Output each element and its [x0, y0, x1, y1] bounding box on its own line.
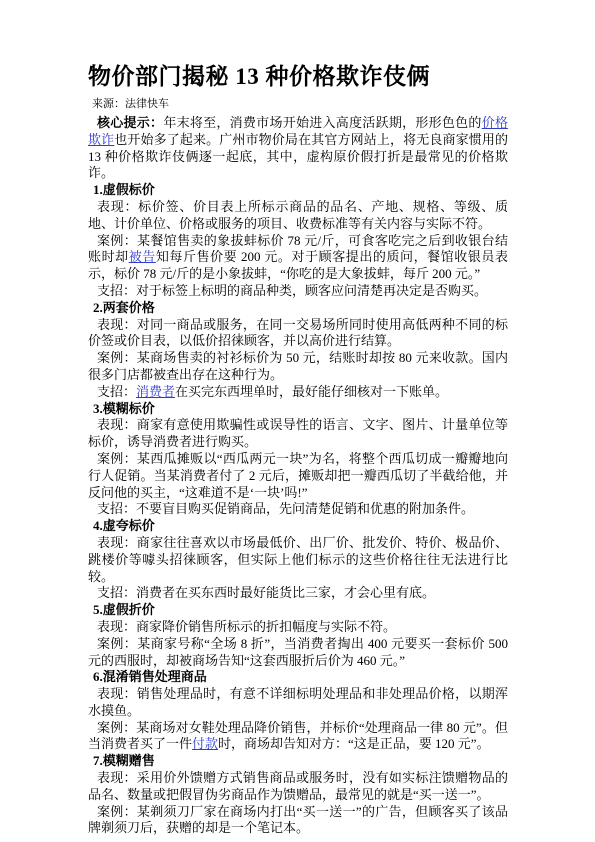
text-run: 支招：对于标签上标明的商品种类，顾客应问清楚再决定是否购买。 [97, 283, 487, 298]
section-2-paragraph: 支招：消费者在买完东西埋单时，最好能仔细核对一下账单。 [88, 384, 508, 401]
text-run: 支招：不要盲目购买促销商品，先问清楚促销和优惠的附加条件。 [97, 501, 474, 516]
section-heading-6: 6.混淆销售处理商品 [88, 669, 508, 686]
inline-link[interactable]: 被告 [129, 249, 156, 264]
section-heading-1: 1.虚假标价 [88, 182, 508, 199]
intro-paragraph: 核心提示：年末将至，消费市场开始进入高度活跃期，形形色色的价格欺诈也开始多了起来… [88, 115, 508, 182]
section-3-paragraph: 案例：某西瓜摊贩以“西瓜两元一块”为名，将整个西瓜切成一瓣瓣地向行人促销。当某消… [88, 451, 508, 501]
text-run: 表现：标价签、价目表上所标示商品的品名、产地、规格、等级、质地、计价单位、价格或… [88, 199, 508, 231]
section-heading-4: 4.虚夸标价 [88, 518, 508, 535]
text-run: 表现：商家有意使用欺骗性或误导性的语言、文字、图片、计量单位等标价，诱导消费者进… [88, 417, 508, 449]
text-run: 表现：商家降价销售所标示的折扣幅度与实际不符。 [97, 619, 396, 634]
document-page: 物价部门揭秘 13 种价格欺诈伎俩 来源：法律快车 核心提示：年末将至，消费市场… [0, 0, 595, 842]
text-run: 表现：商家往往喜欢以市场最低价、出厂价、批发价、特价、极品价、跳楼价等噱头招徕顾… [88, 535, 508, 584]
inline-link[interactable]: 消费者 [136, 384, 175, 399]
text-run: 表现：对同一商品或服务，在同一交易场所同时使用高低两种不同的标价签或价目表，以低… [88, 317, 508, 349]
section-3-paragraph: 支招：不要盲目购买促销商品，先问清楚促销和优惠的附加条件。 [88, 501, 508, 518]
text-run: 案例：某商家号称“全场 8 折”，当消费者掏出 400 元要买一套标价 500 … [88, 636, 508, 668]
text-run: 也开始多了起来。广州市物价局在其官方网站上，将无良商家惯用的 13 种价格欺诈伎… [88, 132, 508, 181]
text-run: 表现：采用价外馈赠方式销售商品或服务时，没有如实标注馈赠物品的品名、数量或把假冒… [88, 770, 508, 802]
section-5-paragraph: 表现：商家降价销售所标示的折扣幅度与实际不符。 [88, 619, 508, 636]
text-run: 案例：某西瓜摊贩以“西瓜两元一块”为名，将整个西瓜切成一瓣瓣地向行人促销。当某消… [88, 451, 508, 500]
section-5-paragraph: 案例：某商家号称“全场 8 折”，当消费者掏出 400 元要买一套标价 500 … [88, 636, 508, 670]
section-1-paragraph: 表现：标价签、价目表上所标示商品的品名、产地、规格、等级、质地、计价单位、价格或… [88, 199, 508, 233]
section-6-paragraph: 表现：销售处理品时，有意不详细标明处理品和非处理品价格，以期浑水摸鱼。 [88, 686, 508, 720]
text-run: 案例：某商场售卖的衬衫标价为 50 元，结账时却按 80 元来收款。国内很多门店… [88, 350, 508, 382]
text-run: 案例：某剃须刀厂家在商场内打出“买一送一”的广告，但顾客买了该品牌剃须刀后，获赠… [88, 804, 508, 836]
section-heading-5: 5.虚假折价 [88, 602, 508, 619]
section-heading-2: 2.两套价格 [88, 300, 508, 317]
document-title: 物价部门揭秘 13 种价格欺诈伎俩 [88, 62, 508, 92]
section-heading-7: 7.模糊赠售 [88, 753, 508, 770]
text-run: 在买完东西埋单时，最好能仔细核对一下账单。 [175, 384, 448, 399]
section-7-paragraph: 表现：采用价外馈赠方式销售商品或服务时，没有如实标注馈赠物品的品名、数量或把假冒… [88, 770, 508, 804]
text-run: 支招：消费者在买东西时最好能货比三家，才会心里有底。 [97, 585, 435, 600]
section-1-paragraph: 支招：对于标签上标明的商品种类，顾客应问清楚再决定是否购买。 [88, 283, 508, 300]
section-3-paragraph: 表现：商家有意使用欺骗性或误导性的语言、文字、图片、计量单位等标价，诱导消费者进… [88, 417, 508, 451]
section-4-paragraph: 支招：消费者在买东西时最好能货比三家，才会心里有底。 [88, 585, 508, 602]
text-run: 支招： [97, 384, 136, 399]
text-run: 年末将至，消费市场开始进入高度活跃期，形形色色的 [163, 115, 481, 130]
source-line: 来源：法律快车 [88, 97, 508, 112]
inline-link[interactable]: 付款 [192, 736, 218, 751]
section-2-paragraph: 案例：某商场售卖的衬衫标价为 50 元，结账时却按 80 元来收款。国内很多门店… [88, 350, 508, 384]
text-run: 时，商场却告知对方：“这是正品，要 120 元”。 [218, 736, 490, 751]
text-run: 表现：销售处理品时，有意不详细标明处理品和非处理品价格，以期浑水摸鱼。 [88, 686, 508, 718]
section-2-paragraph: 表现：对同一商品或服务，在同一交易场所同时使用高低两种不同的标价签或价目表，以低… [88, 317, 508, 351]
section-1-paragraph: 案例：某餐馆售卖的象拔蚌标价 78 元/斤，可食客吃完之后到收银台结账时却被告知… [88, 233, 508, 283]
section-7-paragraph: 案例：某剃须刀厂家在商场内打出“买一送一”的广告，但顾客买了该品牌剃须刀后，获赠… [88, 804, 508, 838]
section-6-paragraph: 案例：某商场对女鞋处理品降价销售，并标价“处理商品一律 80 元”。但当消费者买… [88, 720, 508, 754]
section-heading-3: 3.模糊标价 [88, 401, 508, 418]
text-run: 核心提示： [97, 115, 163, 130]
section-4-paragraph: 表现：商家往往喜欢以市场最低价、出厂价、批发价、特价、极品价、跳楼价等噱头招徕顾… [88, 535, 508, 585]
